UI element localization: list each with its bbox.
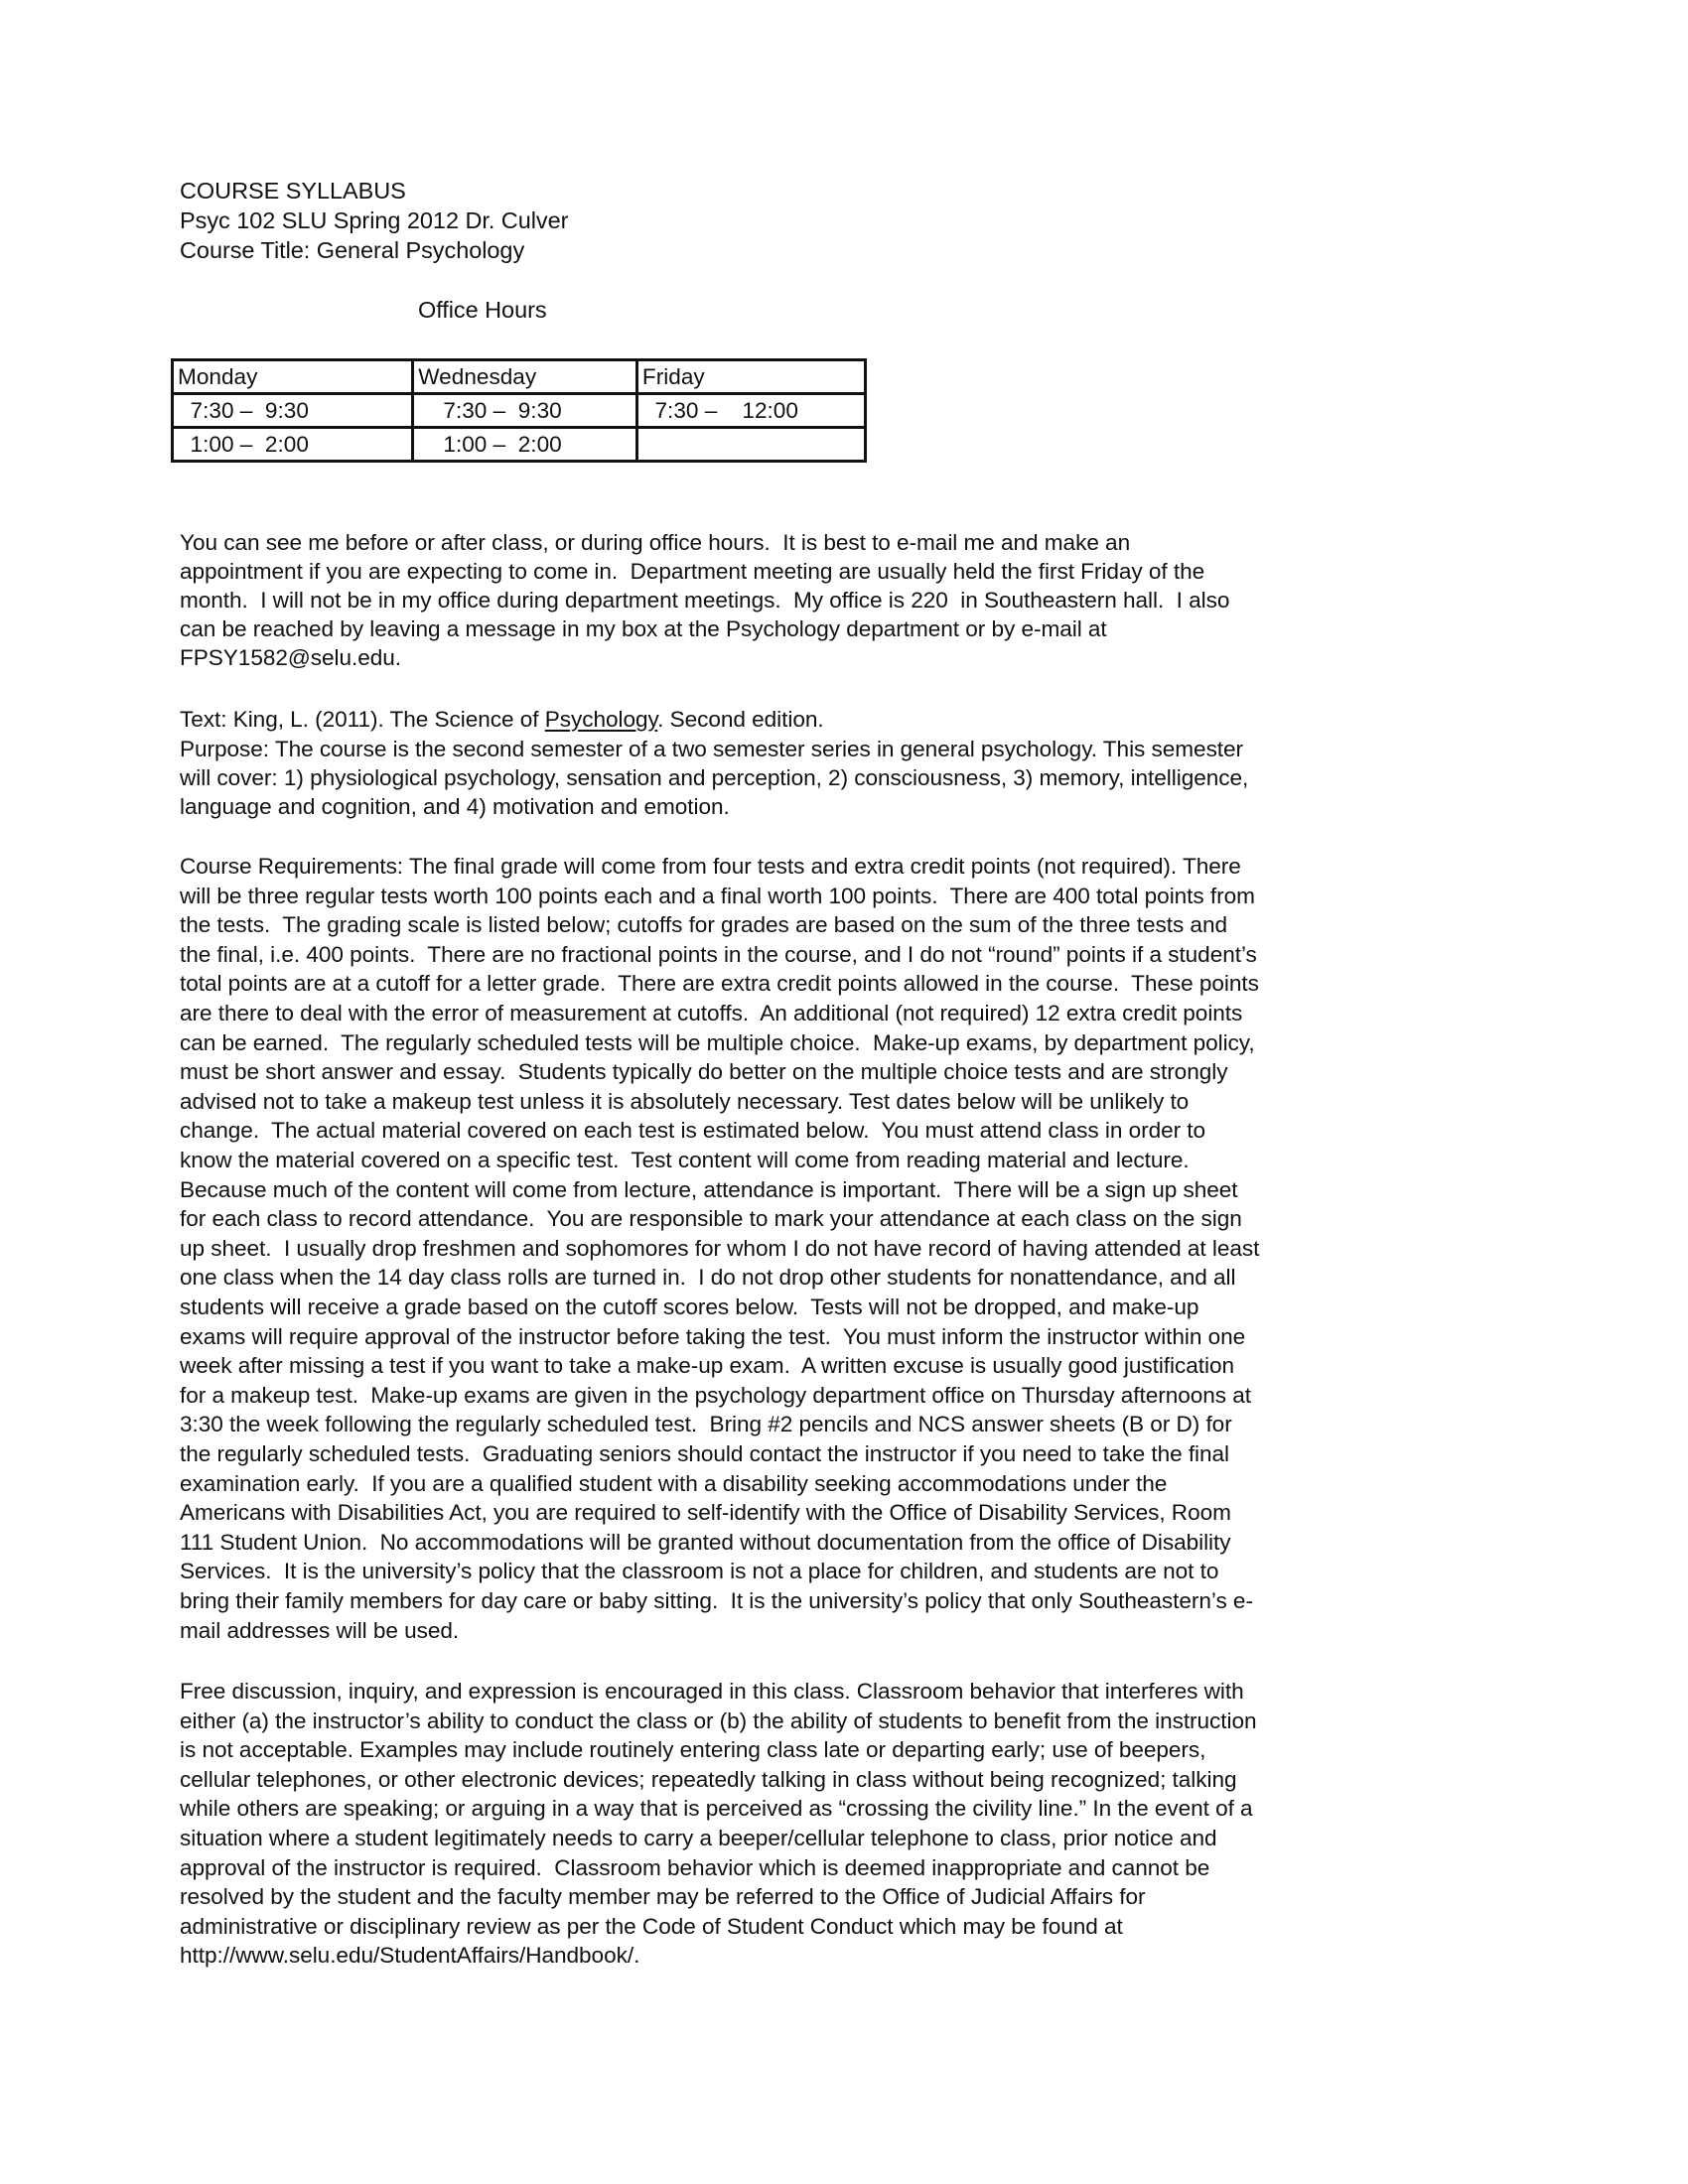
paragraph-line: is not acceptable. Examples may include … <box>180 1735 1205 1765</box>
paragraph-line: advised not to take a makeup test unless… <box>180 1087 1189 1117</box>
paragraph-line: Americans with Disabilities Act, you are… <box>180 1498 1231 1528</box>
document-title: COURSE SYLLABUS <box>180 177 406 206</box>
paragraph-line: appointment if you are expecting to come… <box>180 557 1204 587</box>
office-hours-heading: Office Hours <box>418 296 547 326</box>
textbook-suffix: . Second edition. <box>657 707 823 732</box>
paragraph-line: Free discussion, inquiry, and expression… <box>180 1677 1244 1706</box>
column-header-monday: Monday <box>173 360 413 394</box>
paragraph-line: Services. It is the university’s policy … <box>180 1557 1218 1586</box>
paragraph-line: Because much of the content will come fr… <box>180 1175 1237 1205</box>
column-header-wednesday: Wednesday <box>413 360 637 394</box>
paragraph-line: up sheet. I usually drop freshmen and so… <box>180 1234 1259 1264</box>
paragraph-line: You can see me before or after class, or… <box>180 528 1130 558</box>
paragraph-line: either (a) the instructor’s ability to c… <box>180 1706 1257 1736</box>
contact-email: FPSY1582@selu.edu. <box>180 643 401 673</box>
paragraph-line: can be earned. The regularly scheduled t… <box>180 1028 1255 1058</box>
monday-morning-hours: 7:30 – 9:30 <box>173 394 413 428</box>
paragraph-line: will cover: 1) physiological psychology,… <box>180 763 1248 793</box>
paragraph-line: situation where a student legitimately n… <box>180 1824 1217 1853</box>
paragraph-line: exams will require approval of the instr… <box>180 1322 1245 1352</box>
handbook-url: http://www.selu.edu/StudentAffairs/Handb… <box>180 1941 639 1971</box>
wednesday-afternoon-hours: 1:00 – 2:00 <box>413 428 637 462</box>
paragraph-line: 3:30 the week following the regularly sc… <box>180 1410 1232 1439</box>
paragraph-line: administrative or disciplinary review as… <box>180 1912 1123 1942</box>
paragraph-line: the regularly scheduled tests. Graduatin… <box>180 1439 1229 1469</box>
paragraph-line: resolved by the student and the faculty … <box>180 1882 1145 1912</box>
table-row: 7:30 – 9:30 7:30 – 9:30 7:30 – 12:00 <box>173 394 866 428</box>
paragraph-line: change. The actual material covered on e… <box>180 1116 1205 1146</box>
wednesday-morning-hours: 7:30 – 9:30 <box>413 394 637 428</box>
course-title: Course Title: General Psychology <box>180 236 524 266</box>
paragraph-line: for each class to record attendance. You… <box>180 1204 1242 1234</box>
paragraph-line: approval of the instructor is required. … <box>180 1853 1209 1883</box>
paragraph-line: total points are at a cutoff for a lette… <box>180 969 1259 999</box>
textbook-title: Psychology <box>545 707 657 732</box>
paragraph-line: must be short answer and essay. Students… <box>180 1057 1227 1087</box>
friday-afternoon-hours <box>636 428 865 462</box>
course-line: Psyc 102 SLU Spring 2012 Dr. Culver <box>180 206 568 236</box>
paragraph-line: students will receive a grade based on t… <box>180 1293 1198 1322</box>
paragraph-line: cellular telephones, or other electronic… <box>180 1765 1237 1795</box>
monday-afternoon-hours: 1:00 – 2:00 <box>173 428 413 462</box>
paragraph-line: Purpose: The course is the second semest… <box>180 735 1243 764</box>
table-header-row: Monday Wednesday Friday <box>173 360 866 394</box>
paragraph-line: the tests. The grading scale is listed b… <box>180 910 1227 940</box>
paragraph-line: for a makeup test. Make-up exams are giv… <box>180 1381 1251 1411</box>
paragraph-line: bring their family members for day care … <box>180 1586 1253 1616</box>
friday-morning-hours: 7:30 – 12:00 <box>636 394 865 428</box>
paragraph-line: can be reached by leaving a message in m… <box>180 614 1107 644</box>
paragraph-line: mail addresses will be used. <box>180 1616 459 1646</box>
paragraph-line: 111 Student Union. No accommodations wil… <box>180 1528 1231 1558</box>
paragraph-line: Course Requirements: The final grade wil… <box>180 852 1241 882</box>
paragraph-line: while others are speaking; or arguing in… <box>180 1794 1253 1824</box>
office-hours-table: Monday Wednesday Friday 7:30 – 9:30 7:30… <box>171 358 867 463</box>
textbook-line: Text: King, L. (2011). The Science of Ps… <box>180 705 824 735</box>
syllabus-page: COURSE SYLLABUS Psyc 102 SLU Spring 2012… <box>0 0 1688 2184</box>
paragraph-line: the final, i.e. 400 points. There are no… <box>180 940 1257 970</box>
paragraph-line: one class when the 14 day class rolls ar… <box>180 1263 1235 1293</box>
table-row: 1:00 – 2:00 1:00 – 2:00 <box>173 428 866 462</box>
paragraph-line: will be three regular tests worth 100 po… <box>180 882 1255 911</box>
paragraph-line: are there to deal with the error of meas… <box>180 999 1242 1028</box>
paragraph-line: language and cognition, and 4) motivatio… <box>180 792 730 822</box>
column-header-friday: Friday <box>636 360 865 394</box>
paragraph-line: know the material covered on a specific … <box>180 1146 1190 1175</box>
textbook-prefix: Text: King, L. (2011). The Science of <box>180 707 545 732</box>
paragraph-line: month. I will not be in my office during… <box>180 586 1229 615</box>
paragraph-line: week after missing a test if you want to… <box>180 1351 1234 1381</box>
paragraph-line: examination early. If you are a qualifie… <box>180 1469 1167 1499</box>
